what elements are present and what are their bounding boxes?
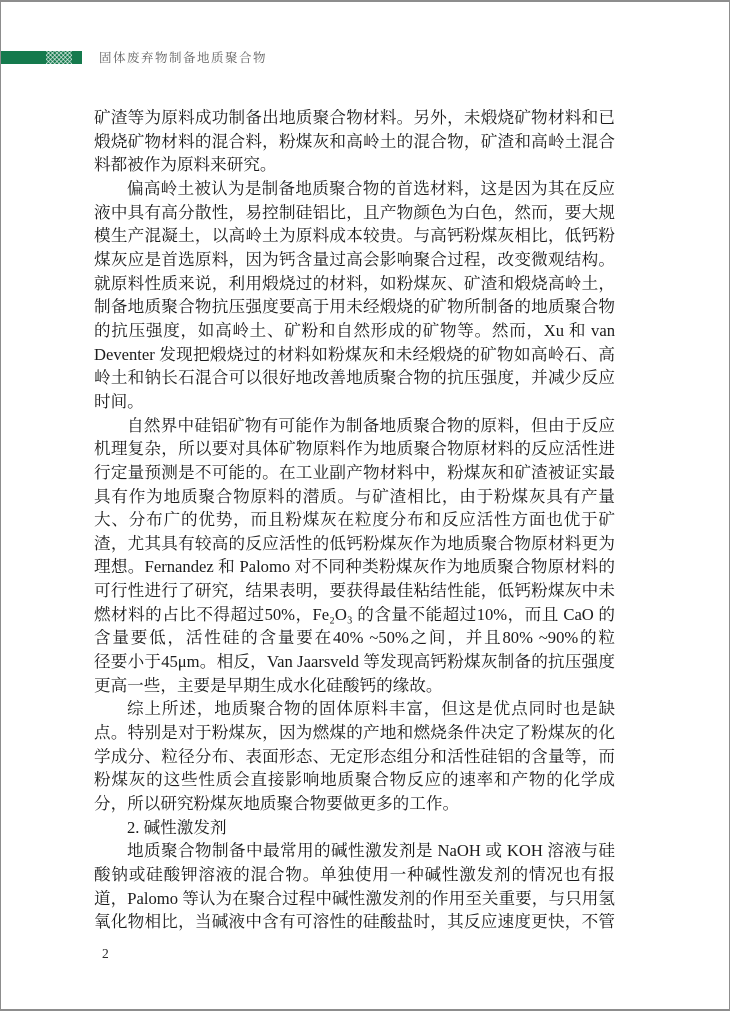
section-heading-line: 2. 碱性激发剂 [94,816,615,840]
text-line: 制备地质聚合物抗压强度要高于用未经煅烧的矿物所制备的地质聚合物 [94,295,615,319]
text-line: 渣，尤其具有较高的反应活性的低钙粉煤灰作为地质聚合物原材料更为 [94,532,615,556]
text-line: 径要小于45μm。相反，Van Jaarsveld 等发现高钙粉煤灰制备的抗压强… [94,650,615,674]
text-line: 含量要低，活性硅的含量要在40% ~50%之间，并且80% ~90%的粒 [94,626,615,650]
text-line: 具有作为地质聚合物原料的潜质。与矿渣相比，由于粉煤灰具有产量 [94,485,615,509]
page-body: 矿渣等为原料成功制备出地质聚合物材料。另外，未煅烧矿物材料和已煅烧矿物材料的混合… [94,106,615,934]
text-line: 液中具有高分散性，易控制硅铝比，且产物颜色为白色，然而，要大规 [94,201,615,225]
text-line: 更高一些，主要是早期生成水化硅酸钙的缘故。 [94,674,615,698]
text-line: 煤灰应是首选原料，因为钙含量过高会影响聚合过程，改变微观结构。 [94,248,615,272]
text-line: 岭土和钠长石混合可以很好地改善地质聚合物的抗压强度，并减少反应 [94,366,615,390]
header-accent-hatch-pattern [46,51,72,64]
text-line: 粉煤灰的这些性质会直接影响地质聚合物反应的速率和产物的化学成 [94,768,615,792]
text-line: 的抗压强度，如高岭土、矿粉和自然形成的矿物等。然而，Xu 和 van [94,319,615,343]
text-line: 燃材料的占比不得超过50%，Fe₂O₃ 的含量不能超过10%，而且 CaO 的 [94,603,615,627]
text-line: 点。特别是对于粉煤灰，因为燃煤的产地和燃烧条件决定了粉煤灰的化 [94,721,615,745]
text-line: 分，所以研究粉煤灰地质聚合物要做更多的工作。 [94,792,615,816]
text-line: 矿渣等为原料成功制备出地质聚合物材料。另外，未煅烧矿物材料和已 [94,106,615,130]
text-line: 地质聚合物制备中最常用的碱性激发剂是 NaOH 或 KOH 溶液与硅 [94,839,615,863]
page-number: 2 [102,946,109,962]
text-line: 道，Palomo 等认为在聚合过程中碱性激发剂的作用至关重要，与只用氢 [94,887,615,911]
text-line: 模生产混凝土，以高岭土为原料成本较贵。与高钙粉煤灰相比，低钙粉 [94,224,615,248]
text-line: 煅烧矿物材料的混合料，粉煤灰和高岭土的混合物，矿渣和高岭土混合 [94,130,615,154]
text-line: 自然界中硅铝矿物有可能作为制备地质聚合物的原料，但由于反应 [94,414,615,438]
text-line: 氧化物相比，当碱液中含有可溶性的硅酸盐时，其反应速度更快，不管 [94,910,615,934]
text-line: 机理复杂，所以要对具体矿物原料作为地质聚合物原材料的反应活性进 [94,437,615,461]
header-accent-bar [1,51,82,64]
text-line: 时间。 [94,390,615,414]
text-line: 料都被作为原料来研究。 [94,153,615,177]
text-line: 就原料性质来说，利用煅烧过的材料，如粉煤灰、矿渣和煅烧高岭土， [94,272,615,296]
text-line: 可行性进行了研究，结果表明，要获得最佳粘结性能，低钙粉煤灰中未 [94,579,615,603]
text-line: 行定量预测是不可能的。在工业副产物材料中，粉煤灰和矿渣被证实最 [94,461,615,485]
text-line: 酸钠或硅酸钾溶液的混合物。单独使用一种碱性激发剂的情况也有报 [94,863,615,887]
book-page: 固体废弃物制备地质聚合物 矿渣等为原料成功制备出地质聚合物材料。另外，未煅烧矿物… [0,0,730,1011]
text-line: Deventer 发现把煅烧过的材料如粉煤灰和未经煅烧的矿物如高岭石、高 [94,343,615,367]
text-line: 大、分布广的优势，而且粉煤灰在粒度分布和反应活性方面也优于矿 [94,508,615,532]
text-line: 学成分、粒径分布、表面形态、无定形态组分和活性硅铝的含量等，而 [94,745,615,769]
text-line: 偏高岭土被认为是制备地质聚合物的首选材料，这是因为其在反应 [94,177,615,201]
text-line: 综上所述，地质聚合物的固体原料丰富，但这是优点同时也是缺 [94,697,615,721]
text-line: 理想。Fernandez 和 Palomo 对不同种类粉煤灰作为地质聚合物原材料… [94,555,615,579]
running-head-title: 固体废弃物制备地质聚合物 [99,49,267,67]
